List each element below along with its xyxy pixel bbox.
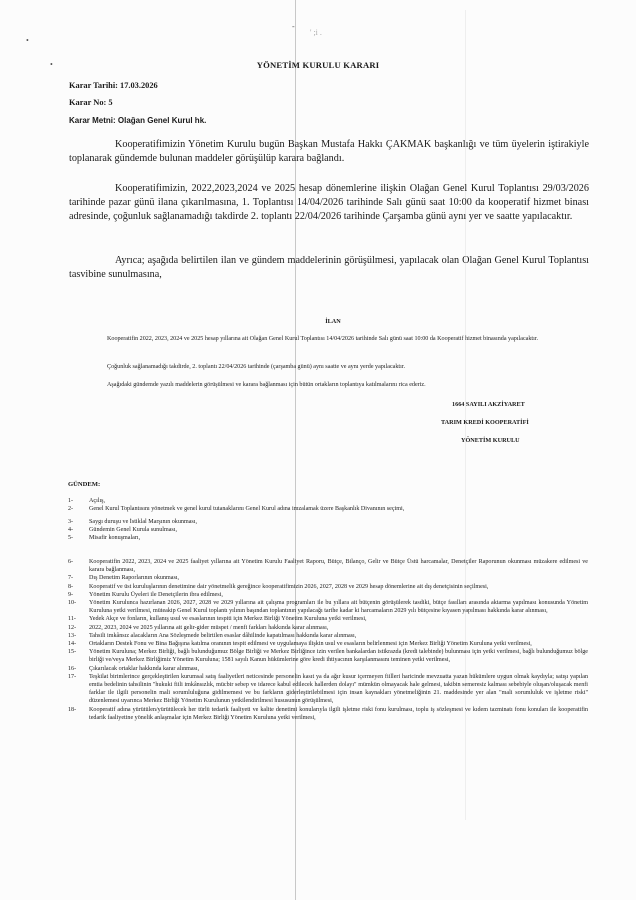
agenda-item-text: Dış Denetim Raporlarının okunması, — [89, 574, 588, 582]
scan-mark: ' ;i . — [310, 28, 322, 37]
agenda-item-text: Kooperatif ve üst kuruluşlarının denetim… — [89, 583, 588, 591]
agenda-item-number: 4- — [68, 526, 89, 534]
announcement-text: Kooperatifin 2022, 2023, 2024 ve 2025 he… — [107, 336, 538, 342]
agenda-list: 1-Açılış,2-Genel Kurul Toplantısını yöne… — [68, 497, 588, 513]
agenda-item: 12-2022, 2023, 2024 ve 2025 yıllarına ai… — [68, 624, 588, 632]
agenda-item-text: Genel Kurul Toplantısını yönetmek ve gen… — [89, 505, 588, 513]
paragraph-text: Kooperatifimizin Yönetim Kurulu bugün Ba… — [69, 139, 589, 164]
agenda-item-text: Tahsili imkânsız alacakların Ana Sözleşm… — [89, 632, 588, 640]
agenda-item: 1-Açılış, — [68, 497, 588, 505]
agenda-item: 16-Çıkarılacak ortaklar hakkında karar a… — [68, 665, 588, 673]
signature-line: YÖNETİM KURULU — [461, 437, 520, 444]
agenda-item-text: Yedek Akçe ve fonların, kullanış usul ve… — [89, 615, 588, 623]
agenda-item-number: 6- — [68, 558, 89, 574]
agenda-item-number: 15- — [68, 648, 89, 664]
agenda-item: 15-Yönetim Kuruluna; Merkez Birliği, bağ… — [68, 648, 588, 664]
agenda-item: 14-Ortakların Destek Fonu ve Bina Bağışı… — [68, 640, 588, 648]
agenda-item-number: 8- — [68, 583, 89, 591]
scan-mark: - — [292, 22, 295, 31]
agenda-item-text: Yönetim Kurulu Üyeleri ile Denetçilerin … — [89, 591, 588, 599]
agenda-item-text: Yönetim Kuruluna; Merkez Birliği, bağlı … — [89, 648, 588, 664]
agenda-item-number: 1- — [68, 497, 89, 505]
announcement-title: İLAN — [0, 318, 636, 325]
agenda-item: 18-Kooperatif adına yürütülen/yürütülece… — [68, 706, 588, 722]
decision-subject: Karar Metni: Olağan Genel Kurul hk. — [69, 116, 206, 125]
agenda-item-number: 3- — [68, 518, 89, 526]
agenda-item-text: Kooperatifin 2022, 2023, 2024 ve 2025 fa… — [89, 558, 588, 574]
agenda-item-number: 10- — [68, 599, 89, 615]
announcement-paragraph: Kooperatifin 2022, 2023, 2024 ve 2025 he… — [69, 335, 589, 344]
agenda-item: 10-Yönetim Kurulunca hazırlanan 2026, 20… — [68, 599, 588, 615]
agenda-item: 9-Yönetim Kurulu Üyeleri ile Denetçileri… — [68, 591, 588, 599]
agenda-item-number: 12- — [68, 624, 89, 632]
agenda-item-text: 2022, 2023, 2024 ve 2025 yıllarına ait g… — [89, 624, 588, 632]
agenda-item-number: 18- — [68, 706, 89, 722]
agenda-item: 8-Kooperatif ve üst kuruluşlarının denet… — [68, 583, 588, 591]
agenda-item: 17-Teşkilat birimlerince gerçekleştirile… — [68, 673, 588, 706]
agenda-item-number: 2- — [68, 505, 89, 513]
agenda-item-number: 7- — [68, 574, 89, 582]
agenda-item-text: Misafir konuşmaları, — [89, 534, 588, 542]
paragraph-submission: Ayrıca; aşağıda belirtilen ilan ve günde… — [69, 254, 589, 282]
agenda-item-text: Gündemin Genel Kurula sunulması, — [89, 526, 588, 534]
announcement-text: Çoğunluk sağlanamadığı takdirde, 2. topl… — [107, 364, 405, 370]
document-title: YÖNETİM KURULU KARARI — [0, 60, 636, 70]
agenda-item-number: 5- — [68, 534, 89, 542]
agenda-item: 5-Misafir konuşmaları, — [68, 534, 588, 542]
decision-date: Karar Tarihi: 17.03.2026 — [69, 81, 158, 90]
agenda-item-text: Açılış, — [89, 497, 588, 505]
agenda-list: 6-Kooperatifin 2022, 2023, 2024 ve 2025 … — [68, 558, 588, 722]
scan-fold-line — [295, 0, 296, 900]
paragraph-text: Kooperatifimizin, 2022,2023,2024 ve 2025… — [69, 183, 589, 222]
agenda-item: 4-Gündemin Genel Kurula sunulması, — [68, 526, 588, 534]
signature-line: 1664 SAYILI AKZİYARET — [452, 401, 525, 408]
signature-line: TARIM KREDİ KOOPERATİFİ — [441, 419, 529, 426]
paragraph-intro: Kooperatifimizin Yönetim Kurulu bugün Ba… — [69, 138, 589, 166]
agenda-item: 6-Kooperatifin 2022, 2023, 2024 ve 2025 … — [68, 558, 588, 574]
agenda-item-number: 13- — [68, 632, 89, 640]
agenda-item: 2-Genel Kurul Toplantısını yönetmek ve g… — [68, 505, 588, 513]
decision-number: Karar No: 5 — [69, 98, 113, 107]
announcement-paragraph: Çoğunluk sağlanamadığı takdirde, 2. topl… — [69, 363, 589, 372]
agenda-title: GÜNDEM: — [68, 481, 100, 488]
agenda-item-number: 11- — [68, 615, 89, 623]
agenda-item-text: Çıkarılacak ortaklar hakkında karar alın… — [89, 665, 588, 673]
scan-mark: • — [26, 36, 29, 45]
agenda-item-text: Yönetim Kurulunca hazırlanan 2026, 2027,… — [89, 599, 588, 615]
agenda-item-text: Teşkilat birimlerince gerçekleştirilen k… — [89, 673, 588, 706]
agenda-item-number: 17- — [68, 673, 89, 706]
agenda-item-number: 9- — [68, 591, 89, 599]
agenda-item: 13-Tahsili imkânsız alacakların Ana Sözl… — [68, 632, 588, 640]
agenda-item: 3-Saygı duruşu ve İstiklal Marşının okun… — [68, 518, 588, 526]
agenda-item-number: 14- — [68, 640, 89, 648]
agenda-item-text: Saygı duruşu ve İstiklal Marşının okunma… — [89, 518, 588, 526]
agenda-item-text: Kooperatif adına yürütülen/yürütülecek h… — [89, 706, 588, 722]
announcement-paragraph: Aşağıdaki gündemde yazılı maddelerin gör… — [69, 381, 589, 390]
paragraph-text: Ayrıca; aşağıda belirtilen ilan ve günde… — [69, 255, 589, 280]
agenda-item-text: Ortakların Destek Fonu ve Bina Bağışına … — [89, 640, 588, 648]
agenda-list: 3-Saygı duruşu ve İstiklal Marşının okun… — [68, 518, 588, 543]
agenda-item: 11-Yedek Akçe ve fonların, kullanış usul… — [68, 615, 588, 623]
paragraph-meeting-dates: Kooperatifimizin, 2022,2023,2024 ve 2025… — [69, 182, 589, 224]
announcement-text: Aşağıdaki gündemde yazılı maddelerin gör… — [107, 382, 426, 388]
agenda-item: 7-Dış Denetim Raporlarının okunması, — [68, 574, 588, 582]
agenda-item-number: 16- — [68, 665, 89, 673]
